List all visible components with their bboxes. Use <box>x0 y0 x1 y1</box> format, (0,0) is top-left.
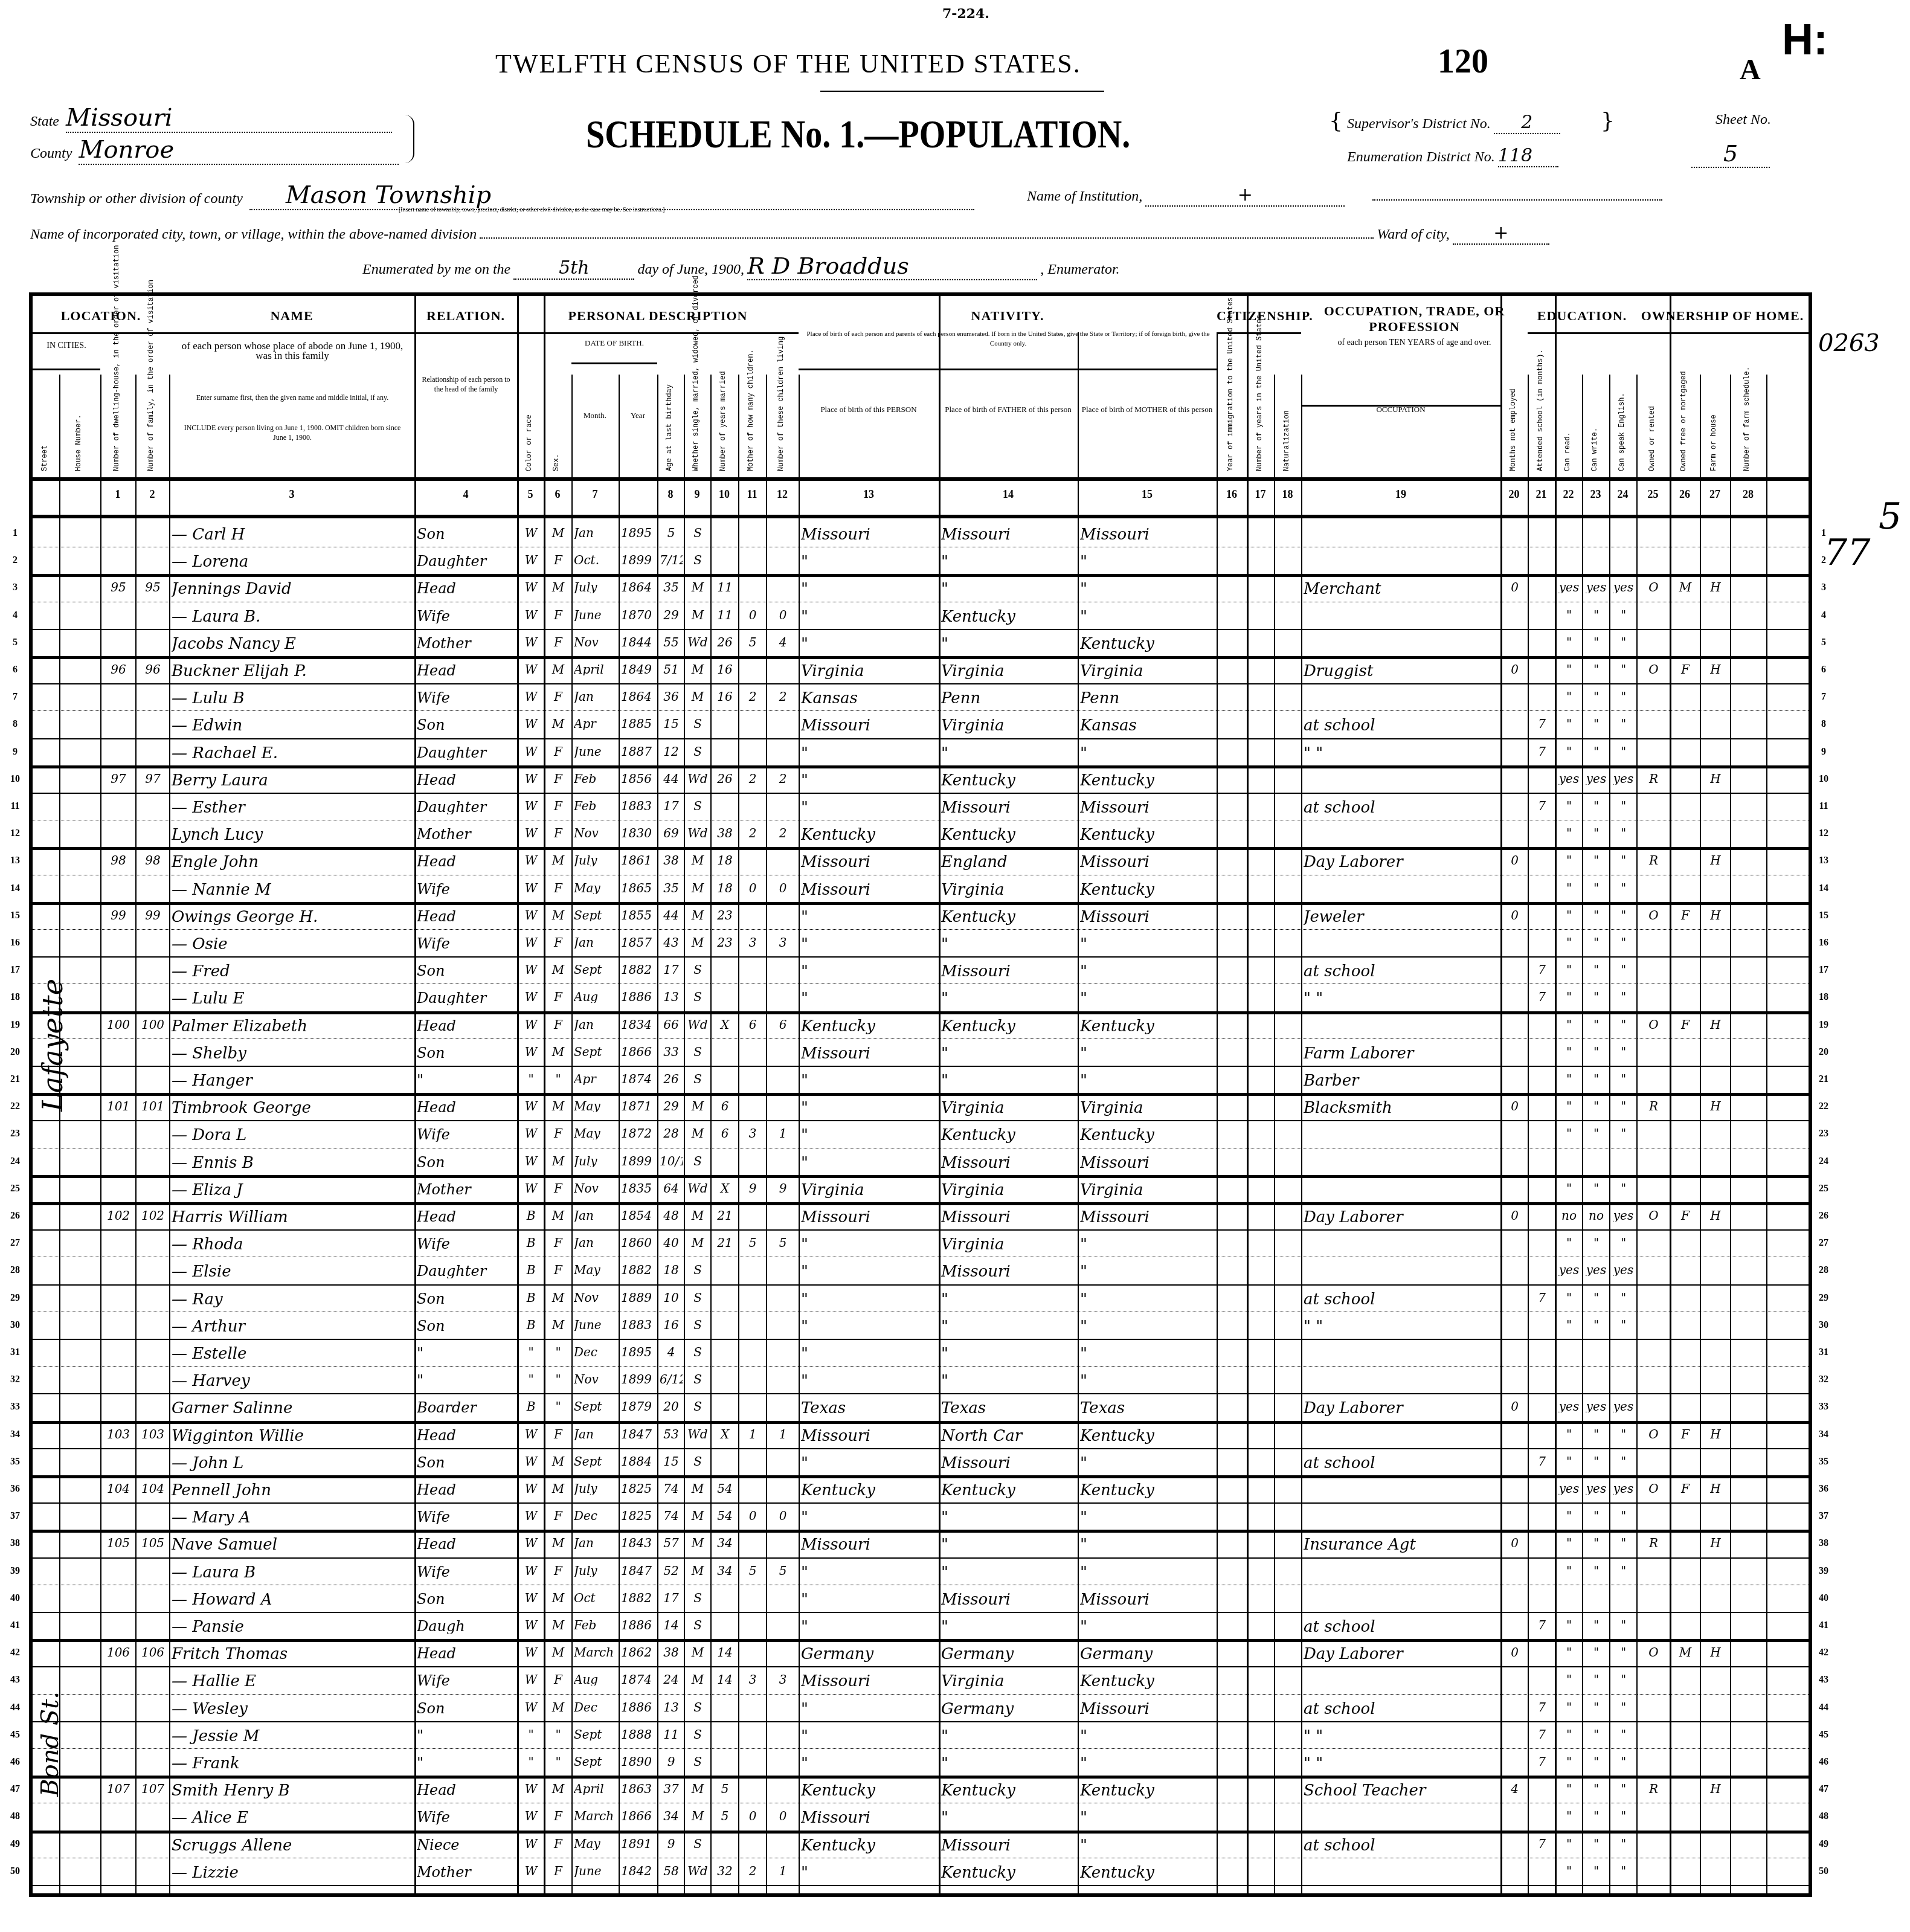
row-number-right: 34 <box>1815 1429 1833 1440</box>
cell-bpm: " <box>1080 1346 1215 1362</box>
cell-name: Smith Henry B <box>172 1783 413 1798</box>
column-number-17: 17 <box>1247 488 1274 501</box>
cell-ym: 14 <box>713 1673 737 1686</box>
census-row: 9595Jennings DavidHeadWMJuly186435M11"""… <box>33 574 1809 601</box>
row-number-left: 22 <box>6 1101 24 1112</box>
cell-bp: " <box>801 1701 937 1717</box>
row-separator <box>33 1885 1809 1886</box>
census-row: — Rachael E.DaughterWFJune188712S"""" "7… <box>33 738 1809 765</box>
cell-rd: " <box>1557 1019 1581 1031</box>
row-number-left: 42 <box>6 1647 24 1658</box>
cell-dw: 100 <box>103 1019 134 1031</box>
census-row: 102102Harris WilliamHeadBMJan185448M21Mi… <box>33 1202 1809 1229</box>
cell-color: W <box>519 827 542 839</box>
cell-age: 40 <box>660 1237 683 1249</box>
cell-mo: 5 <box>741 1565 765 1577</box>
cell-age: 43 <box>660 936 683 948</box>
cell-sex: F <box>546 827 570 839</box>
cell-month: Sept <box>574 1046 617 1058</box>
cell-name: — Howard A <box>172 1592 413 1608</box>
cell-bpf: " <box>941 581 1076 597</box>
row-number-right: 12 <box>1815 828 1833 839</box>
cell-sex: F <box>546 936 570 948</box>
cell-sex: F <box>546 1673 570 1686</box>
cell-mo: 3 <box>741 936 765 948</box>
cell-wr: " <box>1584 1838 1608 1850</box>
cell-wr: " <box>1584 745 1608 758</box>
census-row: 106106Fritch ThomasHeadWMMarch186238M14G… <box>33 1639 1809 1666</box>
cell-year: 1854 <box>621 1209 656 1222</box>
cell-occ: Jeweler <box>1304 909 1499 925</box>
cell-mo: 3 <box>741 1127 765 1139</box>
cell-bpf: Virginia <box>941 718 1076 733</box>
cell-color: W <box>519 1592 542 1604</box>
cell-color: " <box>519 1756 542 1768</box>
cell-ym: X <box>713 1428 737 1440</box>
cell-bpm: Missouri <box>1080 800 1215 816</box>
cell-bpm: Kentucky <box>1080 773 1215 788</box>
cell-rel: Head <box>417 1100 516 1115</box>
cell-dw: 102 <box>103 1209 134 1222</box>
cell-rel: Niece <box>417 1838 516 1852</box>
cell-fam: 102 <box>138 1209 168 1222</box>
cell-bpm: Penn <box>1080 691 1215 706</box>
cell-bpf: Virginia <box>941 1100 1076 1116</box>
cell-mar: M <box>686 1783 709 1795</box>
cell-wr: " <box>1584 1237 1608 1249</box>
cell-month: Dec <box>574 1346 617 1358</box>
column-number-15: 15 <box>1078 488 1217 501</box>
cell-mar: M <box>686 1565 709 1577</box>
header-separator <box>571 362 657 364</box>
header-separator <box>414 332 517 334</box>
cell-mo: 2 <box>741 691 765 703</box>
cell-bpf: Missouri <box>941 1592 1076 1608</box>
cell-rel: Daughter <box>417 991 516 1005</box>
census-row: 9696Buckner Elijah P.HeadWMApril184951M1… <box>33 656 1809 683</box>
cell-age: 33 <box>660 1046 683 1058</box>
column-label-6: Sex. <box>552 375 561 471</box>
header-separator <box>1528 332 1809 334</box>
header-separator <box>799 369 1217 370</box>
row-number-left: 25 <box>6 1183 24 1194</box>
cell-color: W <box>519 581 542 593</box>
cell-bpm: " <box>1080 1537 1215 1553</box>
cell-mar: S <box>686 1455 709 1467</box>
cell-year: 1882 <box>621 1592 656 1604</box>
cell-bp: Missouri <box>801 1810 937 1826</box>
education-header: EDUCATION. <box>1528 308 1636 324</box>
cell-bpf: " <box>941 1292 1076 1307</box>
cell-sex: M <box>546 1592 570 1604</box>
cell-liv: 0 <box>768 1810 797 1822</box>
cell-occ: Day Laborer <box>1304 1400 1499 1416</box>
census-title: TWELFTH CENSUS OF THE UNITED STATES. <box>495 48 1081 79</box>
cell-mar: Wd <box>686 773 709 785</box>
cell-bp: " <box>801 1510 937 1525</box>
cell-dw: 106 <box>103 1646 134 1658</box>
cell-sch: 7 <box>1530 964 1554 976</box>
cell-color: W <box>519 527 542 539</box>
row-number-right: 19 <box>1815 1020 1833 1031</box>
cell-rd: " <box>1557 1673 1581 1686</box>
cell-month: Feb <box>574 800 617 812</box>
cell-mar: S <box>686 1592 709 1604</box>
row-number-right: 15 <box>1815 910 1833 921</box>
cell-year: 1874 <box>621 1673 656 1686</box>
cell-en: " <box>1612 1428 1635 1440</box>
cell-name: Nave Samuel <box>172 1537 413 1553</box>
cell-liv: 4 <box>768 636 797 648</box>
cell-bpm: " <box>1080 1565 1215 1580</box>
cell-month: Sept <box>574 1728 617 1740</box>
cell-bp: " <box>801 1100 937 1116</box>
cell-bpm: Missouri <box>1080 1209 1215 1225</box>
row-number-left: 50 <box>6 1866 24 1877</box>
cell-rel: Head <box>417 581 516 596</box>
cell-liv: 1 <box>768 1127 797 1139</box>
cell-rel: Daughter <box>417 554 516 568</box>
cell-rd: " <box>1557 909 1581 921</box>
cell-mar: M <box>686 663 709 675</box>
ward-value: + <box>1453 222 1549 245</box>
cell-sex: F <box>546 1838 570 1850</box>
cell-rel: Wife <box>417 936 516 951</box>
cell-rel: Head <box>417 854 516 869</box>
row-number-left: 34 <box>6 1429 24 1440</box>
cell-age: 9 <box>660 1838 683 1850</box>
row-number-right: 3 <box>1815 582 1833 593</box>
cell-bp: Kentucky <box>801 1483 937 1498</box>
cell-sch: 7 <box>1530 991 1554 1003</box>
cell-month: July <box>574 1155 617 1167</box>
cell-year: 1888 <box>621 1728 656 1740</box>
census-row: — Hallie EWifeWFAug187424M1433MissouriVi… <box>33 1666 1809 1693</box>
cell-rd: " <box>1557 609 1581 621</box>
row-number-left: 35 <box>6 1457 24 1467</box>
cell-occ: Day Laborer <box>1304 1209 1499 1225</box>
enumerated-line: Enumerated by me on the 5th day of June,… <box>362 253 1631 280</box>
cell-ym: 14 <box>713 1646 737 1658</box>
cell-bp: " <box>801 581 937 597</box>
cell-bpf: Kentucky <box>941 609 1076 625</box>
cell-fm: M <box>1672 581 1699 593</box>
cell-sch: 7 <box>1530 718 1554 730</box>
cell-bpf: England <box>941 854 1076 870</box>
cell-fm: F <box>1672 1483 1699 1495</box>
cell-bp: " <box>801 1346 937 1362</box>
cell-ym: 54 <box>713 1483 737 1495</box>
row-number-left: 26 <box>6 1211 24 1222</box>
cell-color: W <box>519 1155 542 1167</box>
cell-en: " <box>1612 1619 1635 1631</box>
cell-ym: X <box>713 1019 737 1031</box>
cell-rel: Wife <box>417 882 516 897</box>
column-number-22: 22 <box>1555 488 1582 501</box>
column-label-2: Number of family, in the order of visita… <box>147 375 155 471</box>
cell-rd: " <box>1557 936 1581 948</box>
census-row: — Howard ASonWMOct188217S"MissouriMissou… <box>33 1585 1809 1612</box>
census-row: Jacobs Nancy EMotherWFNov184455Wd2654""K… <box>33 629 1809 656</box>
cell-en: " <box>1612 936 1635 948</box>
sheet-label: Sheet No. <box>1715 112 1771 128</box>
cell-age: 52 <box>660 1565 683 1577</box>
cell-unemp: 0 <box>1503 1537 1526 1549</box>
cell-bp: " <box>801 1237 937 1252</box>
cell-wr: " <box>1584 1428 1608 1440</box>
cell-name: Owings George H. <box>172 909 413 925</box>
cell-rd: " <box>1557 1783 1581 1795</box>
cell-en: " <box>1612 1701 1635 1713</box>
in-cities-label: IN CITIES. <box>33 341 100 351</box>
cell-rel: Head <box>417 663 516 678</box>
cell-rd: yes <box>1557 581 1581 593</box>
cell-wr: " <box>1584 1455 1608 1467</box>
cell-color: B <box>519 1319 542 1331</box>
cell-rel: Head <box>417 1537 516 1551</box>
cell-rel: Wife <box>417 1565 516 1579</box>
cell-ym: 5 <box>713 1783 737 1795</box>
cell-year: 1865 <box>621 882 656 894</box>
cell-occ: " " <box>1304 745 1499 761</box>
cell-month: May <box>574 1127 617 1139</box>
cell-ym: 32 <box>713 1865 737 1877</box>
cell-sex: F <box>546 745 570 758</box>
column-number-26: 26 <box>1670 488 1700 501</box>
cell-bpm: " <box>1080 1619 1215 1635</box>
cell-year: 1887 <box>621 745 656 758</box>
column-label-20: Months not employed <box>1509 375 1517 471</box>
cell-sex: " <box>546 1728 570 1740</box>
cell-rd: " <box>1557 1537 1581 1549</box>
cell-sex: M <box>546 581 570 593</box>
brace-open: { <box>1329 109 1343 134</box>
cell-wr: " <box>1584 1673 1608 1686</box>
census-row: — Harvey"""Nov18996/12S""" <box>33 1366 1809 1393</box>
cell-mar: S <box>686 745 709 758</box>
cell-name: Engle John <box>172 854 413 870</box>
row-number-right: 6 <box>1815 665 1833 675</box>
cell-fh: H <box>1702 1428 1729 1440</box>
cell-wr: " <box>1584 827 1608 839</box>
row-number-left: 10 <box>6 774 24 785</box>
cell-year: 1874 <box>621 1073 656 1085</box>
cell-rd: " <box>1557 1292 1581 1304</box>
cell-rel: Mother <box>417 827 516 842</box>
cell-en: " <box>1612 691 1635 703</box>
cell-ym: 26 <box>713 636 737 648</box>
row-number-left: 30 <box>6 1320 24 1331</box>
cell-rd: " <box>1557 1319 1581 1331</box>
row-number-left: 15 <box>6 910 24 921</box>
cell-en: yes <box>1612 581 1635 593</box>
cell-en: " <box>1612 1019 1635 1031</box>
cell-en: yes <box>1612 1400 1635 1412</box>
cell-rd: " <box>1557 800 1581 812</box>
cell-wr: " <box>1584 964 1608 976</box>
cell-color: B <box>519 1400 542 1412</box>
cell-color: W <box>519 1510 542 1522</box>
cell-rd: " <box>1557 964 1581 976</box>
cell-name: Scruggs Allene <box>172 1838 413 1853</box>
cell-bp: " <box>801 1127 937 1143</box>
cell-liv: 2 <box>768 827 797 839</box>
cell-color: W <box>519 1810 542 1822</box>
column-number-28: 28 <box>1730 488 1766 501</box>
cell-bp: Missouri <box>801 1046 937 1061</box>
cell-bp: Kentucky <box>801 1838 937 1853</box>
cell-name: — Mary A <box>172 1510 413 1525</box>
column-label-17: Number of years in the United States <box>1255 375 1264 471</box>
cell-age: 6/12 <box>660 1373 683 1385</box>
cell-month: Nov <box>574 827 617 839</box>
cell-name: — Fred <box>172 964 413 979</box>
cell-year: 1864 <box>621 691 656 703</box>
schedule-title: SCHEDULE No. 1.—POPULATION. <box>586 112 1130 158</box>
cell-sex: " <box>546 1400 570 1412</box>
cell-bpf: " <box>941 1565 1076 1580</box>
cell-en: " <box>1612 1073 1635 1085</box>
cell-rel: Son <box>417 718 516 732</box>
sheet-value: 5 <box>1691 140 1770 168</box>
cell-mo: 2 <box>741 1865 765 1877</box>
cell-age: 74 <box>660 1483 683 1495</box>
cell-unemp: 0 <box>1503 663 1526 675</box>
column-number-20: 20 <box>1500 488 1528 501</box>
column-number-7: 7 <box>571 488 619 501</box>
cell-rel: Son <box>417 1155 516 1170</box>
cell-own: R <box>1639 1783 1668 1795</box>
cell-liv: 2 <box>768 773 797 785</box>
cell-bpm: " <box>1080 1292 1215 1307</box>
cell-wr: " <box>1584 936 1608 948</box>
cell-own: R <box>1639 1537 1668 1549</box>
row-number-left: 23 <box>6 1129 24 1139</box>
cell-year: 1886 <box>621 991 656 1003</box>
cell-occ: at school <box>1304 718 1499 733</box>
cell-color: W <box>519 936 542 948</box>
cell-bpf: " <box>941 1046 1076 1061</box>
cell-bpf: Missouri <box>941 1838 1076 1853</box>
cell-en: " <box>1612 882 1635 894</box>
cell-bpm: " <box>1080 1728 1215 1744</box>
cell-age: 17 <box>660 964 683 976</box>
cell-en: " <box>1612 800 1635 812</box>
cell-month: Sept <box>574 1756 617 1768</box>
supervisor-district-field: Supervisor's District No. 2 <box>1347 112 1577 134</box>
cell-bp: " <box>801 936 937 952</box>
column-number-1: 1 <box>100 488 135 501</box>
row-number-left: 49 <box>6 1839 24 1850</box>
header-rule <box>33 515 1809 518</box>
row-number-left: 8 <box>6 719 24 730</box>
cell-sex: M <box>546 1100 570 1112</box>
cell-bp: " <box>801 1292 937 1307</box>
cell-bp: " <box>801 1073 937 1089</box>
column-number-21: 21 <box>1528 488 1555 501</box>
cell-mar: S <box>686 554 709 566</box>
cell-rel: Son <box>417 1046 516 1060</box>
state-label: State <box>30 114 59 129</box>
cell-liv: 2 <box>768 691 797 703</box>
cell-color: W <box>519 773 542 785</box>
cell-name: — Arthur <box>172 1319 413 1335</box>
cell-unemp: 0 <box>1503 1646 1526 1658</box>
row-number-right: 41 <box>1815 1620 1833 1631</box>
cell-age: 18 <box>660 1264 683 1276</box>
row-number-right: 35 <box>1815 1457 1833 1467</box>
column-number-3: 3 <box>169 488 414 501</box>
cell-month: Nov <box>574 1182 617 1194</box>
cell-year: 1895 <box>621 1346 656 1358</box>
cell-bpm: Kentucky <box>1080 636 1215 652</box>
cell-sex: " <box>546 1073 570 1085</box>
cell-wr: " <box>1584 854 1608 866</box>
cell-color: W <box>519 800 542 812</box>
column-label-25: Owned or rented <box>1648 375 1656 471</box>
cell-age: 13 <box>660 1701 683 1713</box>
cell-bpf: Virginia <box>941 1673 1076 1689</box>
cell-month: April <box>574 663 617 675</box>
cell-rel: Head <box>417 1019 516 1033</box>
row-number-right: 26 <box>1815 1211 1833 1222</box>
cell-name: — Hallie E <box>172 1673 413 1689</box>
cell-rel: Mother <box>417 636 516 651</box>
cell-color: B <box>519 1292 542 1304</box>
cell-bpm: " <box>1080 1046 1215 1061</box>
cell-mar: M <box>686 1100 709 1112</box>
cell-en: yes <box>1612 1209 1635 1222</box>
cell-wr: " <box>1584 1127 1608 1139</box>
cell-bpm: " <box>1080 745 1215 761</box>
cell-year: 1886 <box>621 1619 656 1631</box>
cell-month: Jan <box>574 936 617 948</box>
cell-bp: Missouri <box>801 1209 937 1225</box>
row-number-left: 16 <box>6 938 24 948</box>
cell-bpf: " <box>941 745 1076 761</box>
cell-bpm: " <box>1080 1838 1215 1853</box>
cell-bpm: " <box>1080 1264 1215 1280</box>
cell-sex: M <box>546 718 570 730</box>
cell-mo: 6 <box>741 1019 765 1031</box>
cell-rel: Head <box>417 1646 516 1661</box>
cell-color: W <box>519 1019 542 1031</box>
cell-year: 1862 <box>621 1646 656 1658</box>
cell-bpm: Kentucky <box>1080 1673 1215 1689</box>
cell-color: W <box>519 745 542 758</box>
cell-en: " <box>1612 1319 1635 1331</box>
cell-year: 1844 <box>621 636 656 648</box>
cell-mar: S <box>686 1292 709 1304</box>
cell-bpm: " <box>1080 936 1215 952</box>
occupation-header: OCCUPATION, TRADE, OR PROFESSION <box>1301 303 1528 335</box>
cell-sch: 7 <box>1530 1838 1554 1850</box>
row-number-left: 3 <box>6 582 24 593</box>
cell-year: 1866 <box>621 1810 656 1822</box>
cell-fam: 100 <box>138 1019 168 1031</box>
cell-name: — Esther <box>172 800 413 816</box>
cell-year: 1825 <box>621 1483 656 1495</box>
cell-rel: Daughter <box>417 1264 516 1278</box>
row-number-right: 22 <box>1815 1101 1833 1112</box>
cell-rd: " <box>1557 1046 1581 1058</box>
cell-bpf: Missouri <box>941 1209 1076 1225</box>
cell-unemp: 0 <box>1503 1100 1526 1112</box>
cell-wr: " <box>1584 718 1608 730</box>
cell-bp: " <box>801 1155 937 1171</box>
cell-rd: " <box>1557 1455 1581 1467</box>
cell-bpf: " <box>941 1756 1076 1771</box>
